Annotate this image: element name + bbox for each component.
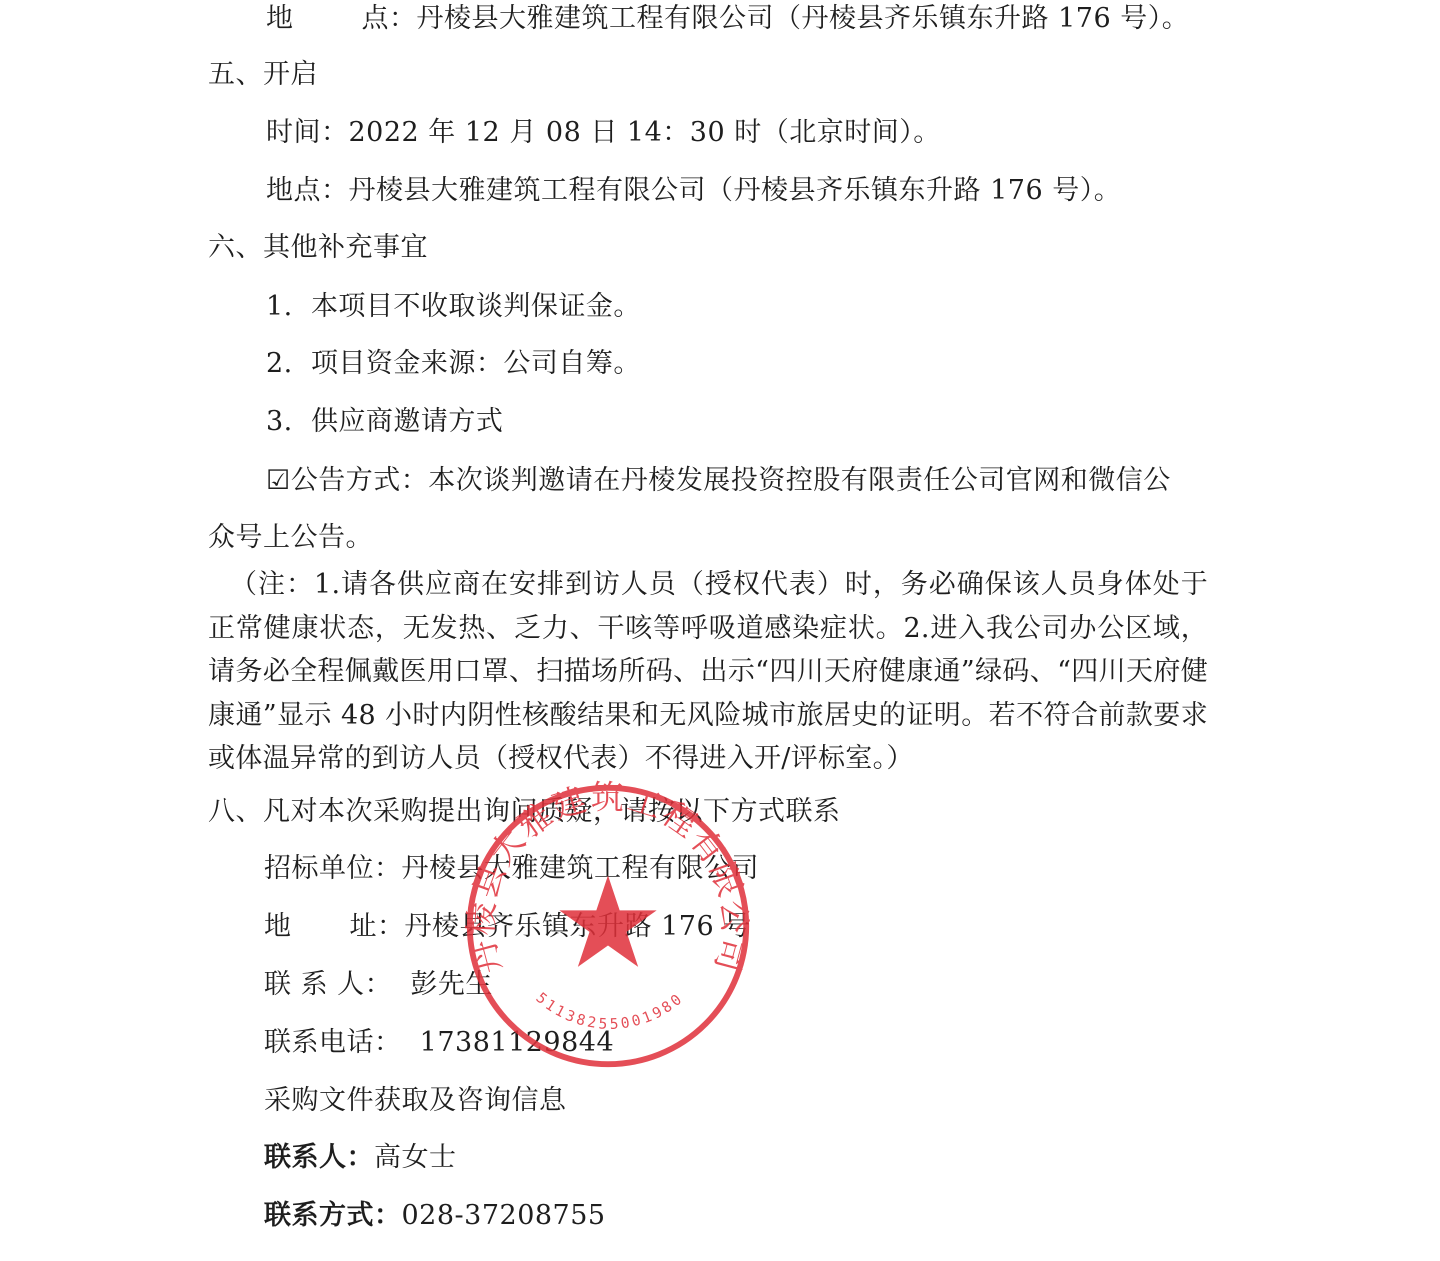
item-text: 项目资金来源：公司自筹。 xyxy=(311,348,641,379)
tender-unit-label: 招标单位： xyxy=(264,853,402,884)
docs-heading: 采购文件获取及咨询信息 xyxy=(264,1084,567,1118)
phone-label: 联系电话： xyxy=(264,1027,402,1058)
item-number: 1. xyxy=(266,291,293,322)
contact-value: 彭先生 xyxy=(410,969,493,1000)
opening-time: 时间：2022 年 12 月 08 日 14：30 时（北京时间）。 xyxy=(266,116,941,150)
docs-contact-label: 联系人： xyxy=(264,1142,374,1173)
item-text: 供应商邀请方式 xyxy=(311,406,504,437)
contact-person: 联 系 人： 彭先生 xyxy=(264,968,493,1002)
location-value: 丹棱县大雅建筑工程有限公司（丹棱县齐乐镇东升路 176 号）。 xyxy=(417,3,1190,34)
address: 地址：丹棱县齐乐镇东升路 176 号 xyxy=(264,910,751,944)
docs-phone-label: 联系方式： xyxy=(264,1200,402,1231)
section8-heading: 八、凡对本次采购提出询问质疑，请按以下方式联系 xyxy=(208,795,841,829)
contact-phone: 联系电话： 17381129844 xyxy=(264,1026,614,1060)
location-label-a: 地 xyxy=(266,3,294,34)
location-label-b: 点： xyxy=(362,3,417,34)
list-item: 3. 供应商邀请方式 xyxy=(266,405,503,439)
address-label-b: 址： xyxy=(350,911,405,942)
docs-phone-value: 028-37208755 xyxy=(402,1200,606,1231)
phone-value: 17381129844 xyxy=(420,1027,614,1058)
tender-unit: 招标单位：丹棱县大雅建筑工程有限公司 xyxy=(264,852,759,886)
item-number: 2. xyxy=(266,348,293,379)
tender-unit-value: 丹棱县大雅建筑工程有限公司 xyxy=(402,853,760,884)
address-label-a: 地 xyxy=(264,911,292,942)
docs-contact-value: 高女士 xyxy=(374,1142,457,1173)
announcement-line-1: ☑公告方式：本次谈判邀请在丹棱发展投资控股有限责任公司官网和微信公 xyxy=(266,464,1171,498)
contact-label: 联 系 人： xyxy=(264,969,392,1000)
section5-heading: 五、开启 xyxy=(208,58,318,92)
docs-phone: 联系方式：028-37208755 xyxy=(264,1199,606,1233)
address-value: 丹棱县齐乐镇东升路 176 号 xyxy=(405,911,751,942)
opening-location: 地点：丹棱县大雅建筑工程有限公司（丹棱县齐乐镇东升路 176 号）。 xyxy=(266,174,1121,208)
list-item: 1. 本项目不收取谈判保证金。 xyxy=(266,290,641,324)
announcement-line-2: 众号上公告。 xyxy=(208,521,373,555)
section6-heading: 六、其他补充事宜 xyxy=(208,231,428,265)
health-note: （注：1.请各供应商在安排到访人员（授权代表）时，务必确保该人员身体处于正常健康… xyxy=(208,563,1208,781)
docs-contact: 联系人：高女士 xyxy=(264,1141,457,1175)
list-item: 2. 项目资金来源：公司自筹。 xyxy=(266,347,641,381)
item-text: 本项目不收取谈判保证金。 xyxy=(311,291,641,322)
top-location-line: 地点：丹棱县大雅建筑工程有限公司（丹棱县齐乐镇东升路 176 号）。 xyxy=(266,2,1189,36)
item-number: 3. xyxy=(266,406,293,437)
